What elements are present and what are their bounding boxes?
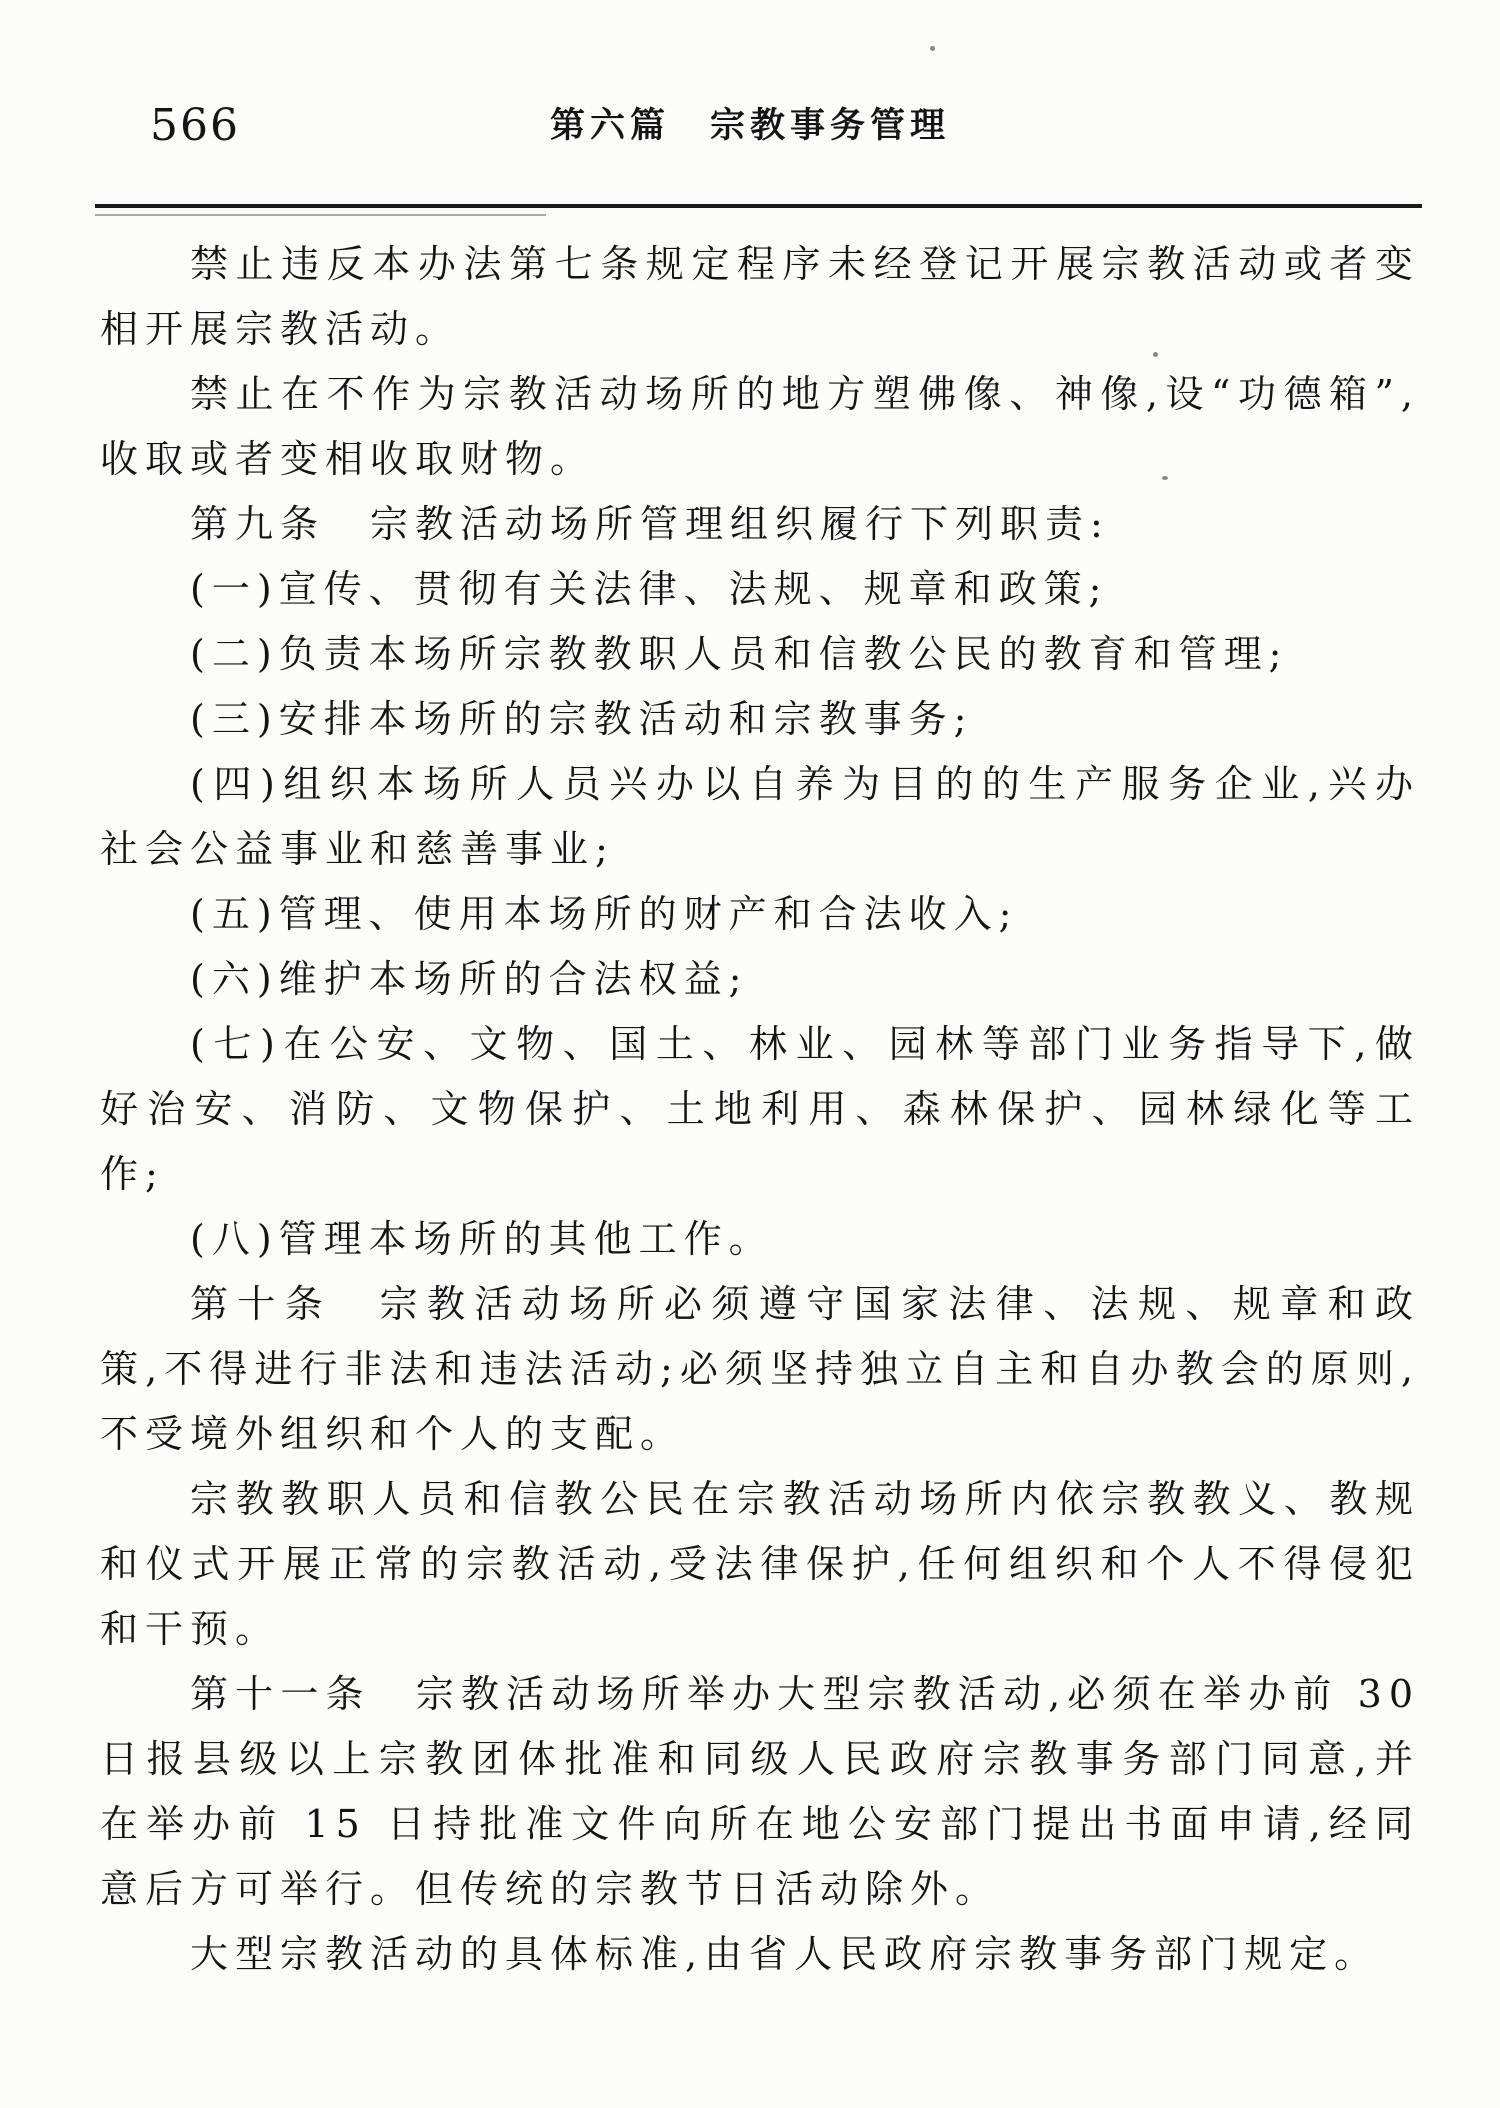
- scan-speck: [930, 46, 935, 51]
- paragraph: (六)维护本场所的合法权益;: [100, 947, 1420, 1012]
- paragraph: 第十一条 宗教活动场所举办大型宗教活动,必须在举办前 30 日报县级以上宗教团体…: [100, 1662, 1420, 1922]
- paragraph: 第九条 宗教活动场所管理组织履行下列职责:: [100, 492, 1420, 557]
- paragraph: 禁止违反本办法第七条规定程序未经登记开展宗教活动或者变相开展宗教活动。: [100, 232, 1420, 362]
- paragraph: (三)安排本场所的宗教活动和宗教事务;: [100, 687, 1420, 752]
- paragraph: 大型宗教活动的具体标准,由省人民政府宗教事务部门规定。: [100, 1922, 1420, 1987]
- paragraph: (八)管理本场所的其他工作。: [100, 1207, 1420, 1272]
- header-rule: [95, 204, 1422, 208]
- page-number: 566: [150, 100, 240, 151]
- paragraph: (二)负责本场所宗教教职人员和信教公民的教育和管理;: [100, 622, 1420, 687]
- paragraph: 第十条 宗教活动场所必须遵守国家法律、法规、规章和政策,不得进行非法和违法活动;…: [100, 1272, 1420, 1467]
- book-page: 566 第六篇 宗教事务管理 禁止违反本办法第七条规定程序未经登记开展宗教活动或…: [0, 0, 1500, 2108]
- scan-speck: [1153, 352, 1158, 357]
- paragraph: (五)管理、使用本场所的财产和合法收入;: [100, 882, 1420, 947]
- paragraph: 禁止在不作为宗教活动场所的地方塑佛像、神像,设“功德箱”,收取或者变相收取财物。: [100, 362, 1420, 492]
- paragraph: 宗教教职人员和信教公民在宗教活动场所内依宗教教义、教规和仪式开展正常的宗教活动,…: [100, 1467, 1420, 1662]
- page-header: 566 第六篇 宗教事务管理: [0, 98, 1500, 150]
- paragraph: (四)组织本场所人员兴办以自养为目的的生产服务企业,兴办社会公益事业和慈善事业;: [100, 752, 1420, 882]
- paragraph: (七)在公安、文物、国土、林业、园林等部门业务指导下,做好治安、消防、文物保护、…: [100, 1012, 1420, 1207]
- paragraph: (一)宣传、贯彻有关法律、法规、规章和政策;: [100, 557, 1420, 622]
- body-text: 禁止违反本办法第七条规定程序未经登记开展宗教活动或者变相开展宗教活动。禁止在不作…: [100, 232, 1420, 1987]
- scan-speck: [1162, 476, 1168, 480]
